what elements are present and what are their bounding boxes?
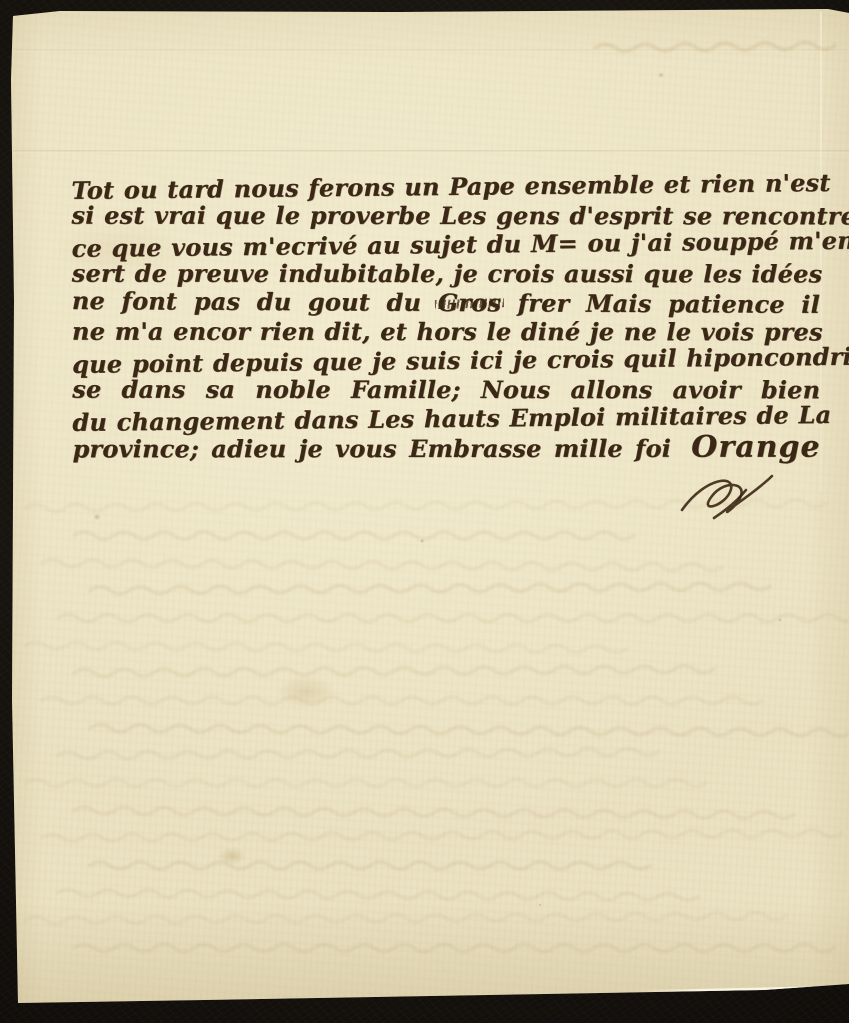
struck-word: Gros bbox=[438, 288, 502, 317]
letter-body: Tot ou tard nous ferons un Pape ensemble… bbox=[71, 170, 820, 464]
fold-crease bbox=[13, 49, 849, 52]
letter-line: Tot ou tard nous ferons un Pape ensemble… bbox=[71, 168, 819, 205]
paper-texture bbox=[0, 0, 849, 1023]
letter-line: se dans sa noble Famille; Nous allons av… bbox=[72, 375, 820, 405]
letter-line: ne m'a encor rien dit, et hors le diné j… bbox=[72, 317, 820, 347]
letter-page: Tot ou tard nous ferons un Pape ensemble… bbox=[0, 0, 849, 1023]
letter-line: sert de preuve indubitable, je crois aus… bbox=[72, 259, 820, 289]
bleedthrough-ink bbox=[0, 0, 849, 1023]
signature-paraph bbox=[668, 466, 786, 524]
paper-stain bbox=[0, 0, 849, 1023]
letter-line: si est vrai que le proverbe Les gens d'e… bbox=[72, 201, 820, 231]
letter-line: que point depuis que je suis ici je croi… bbox=[72, 342, 820, 379]
letter-line: province; adieu je vous Embrasse mille f… bbox=[73, 433, 821, 464]
fold-crease bbox=[13, 150, 849, 153]
letter-line: ne font pas du gout du Gros frer Mais pa… bbox=[72, 286, 820, 319]
letter-line: ce que vous m'ecrivé au sujet du M= ou j… bbox=[72, 226, 820, 263]
page-edge-highlight bbox=[640, 986, 840, 994]
scan-background: Tot ou tard nous ferons un Pape ensemble… bbox=[0, 0, 849, 1023]
signature: Orange bbox=[691, 430, 820, 465]
